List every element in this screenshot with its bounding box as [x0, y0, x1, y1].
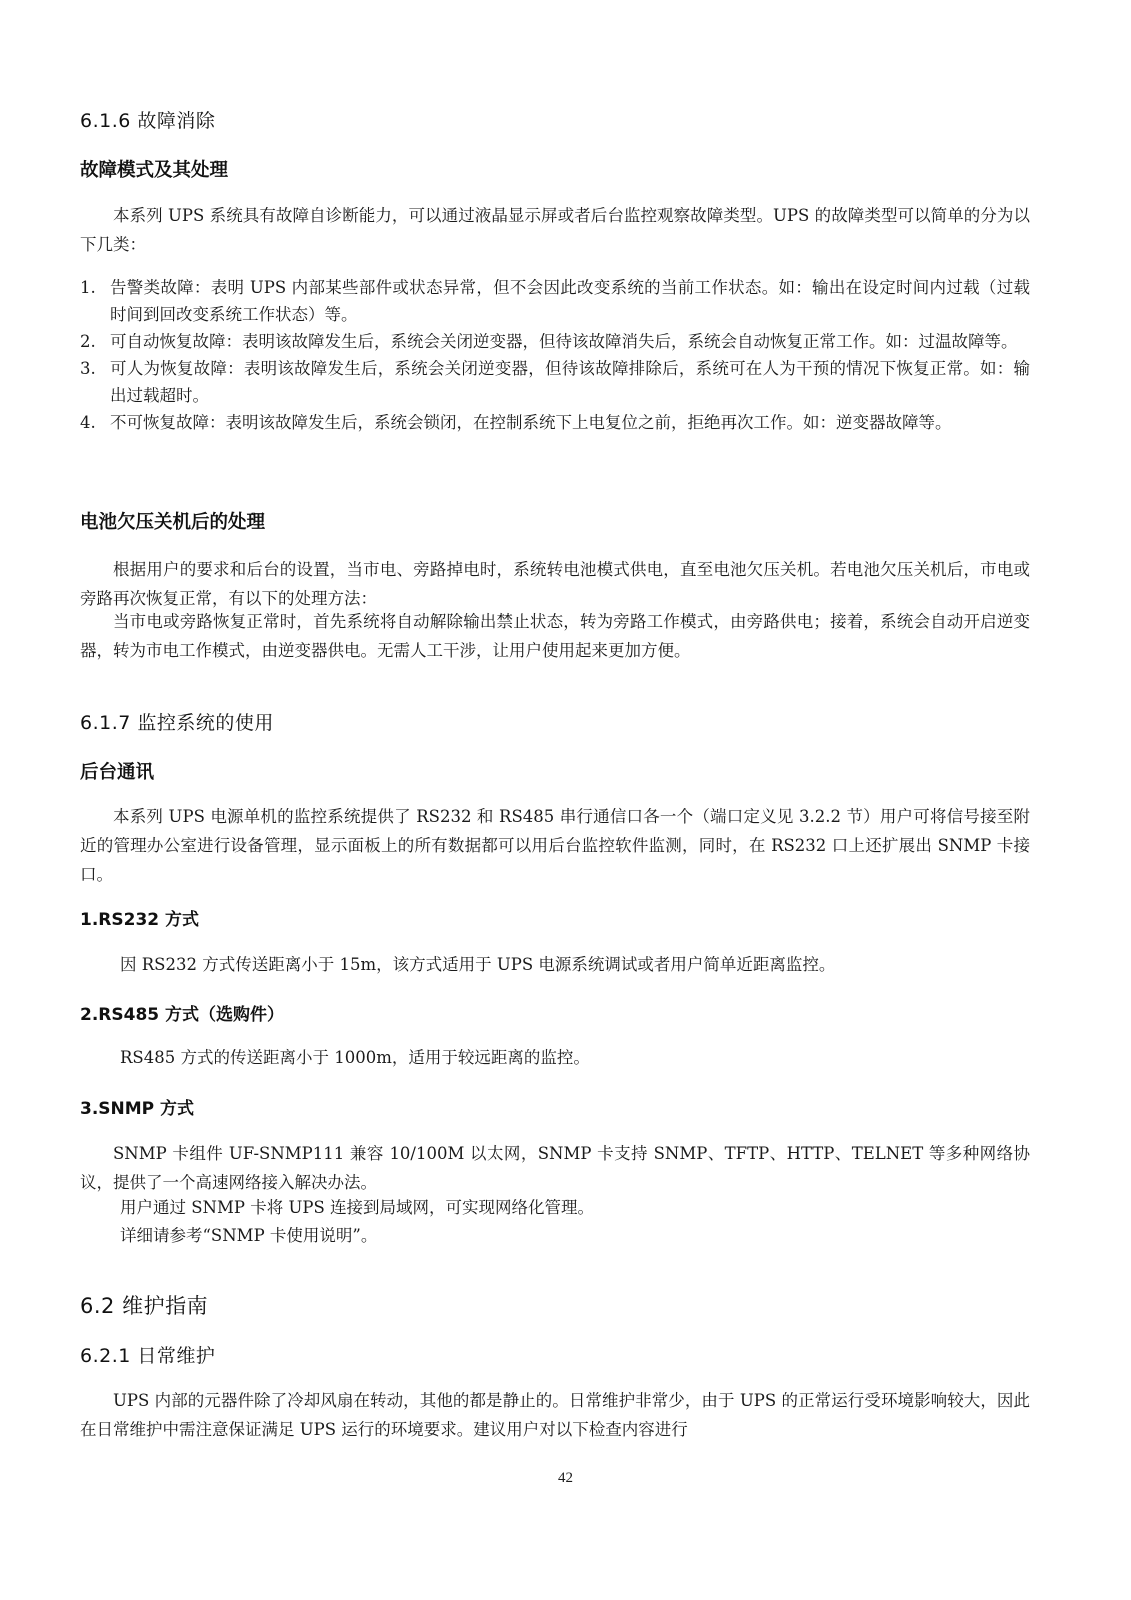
list-item-text: 告警类故障：表明 UPS 内部某些部件或状态异常，但不会因此改变系统的当前工作状…: [110, 278, 1030, 324]
section-heading-6-1-6: 6.1.6 故障消除: [80, 106, 1030, 133]
list-item: 4. 不可恢复故障：表明该故障发生后，系统会锁闭，在控制系统下上电复位之前，拒绝…: [80, 409, 1030, 436]
paragraph-snmp-2: 用户通过 SNMP 卡将 UPS 连接到局域网，可实现网络化管理。: [80, 1193, 1070, 1222]
heading-rs485: 2.RS485 方式（选购件）: [80, 1000, 1030, 1025]
heading-snmp: 3.SNMP 方式: [80, 1094, 1030, 1119]
heading-rs232: 1.RS232 方式: [80, 905, 1030, 930]
list-item: 2. 可自动恢复故障：表明该故障发生后，系统会关闭逆变器，但待该故障消失后，系统…: [80, 328, 1030, 355]
list-item: 1. 告警类故障：表明 UPS 内部某些部件或状态异常，但不会因此改变系统的当前…: [80, 274, 1030, 328]
paragraph-fault-intro: 本系列 UPS 系统具有故障自诊断能力，可以通过液晶显示屏或者后台监控观察故障类…: [80, 201, 1030, 259]
paragraph-battery-2: 当市电或旁路恢复正常时，首先系统将自动解除输出禁止状态，转为旁路工作模式，由旁路…: [80, 607, 1030, 665]
section-heading-6-2-1: 6.2.1 日常维护: [80, 1341, 1030, 1368]
paragraph-rs232: 因 RS232 方式传送距离小于 15m，该方式适用于 UPS 电源系统调试或者…: [80, 950, 1070, 979]
fault-type-list: 1. 告警类故障：表明 UPS 内部某些部件或状态异常，但不会因此改变系统的当前…: [80, 274, 1030, 436]
section-heading-6-2: 6.2 维护指南: [80, 1290, 1030, 1320]
list-item-text: 可自动恢复故障：表明该故障发生后，系统会关闭逆变器，但待该故障消失后，系统会自动…: [110, 332, 1018, 351]
paragraph-daily-maintenance: UPS 内部的元器件除了冷却风扇在转动，其他的都是静止的。日常维护非常少，由于 …: [80, 1386, 1030, 1444]
paragraph-background-comm: 本系列 UPS 电源单机的监控系统提供了 RS232 和 RS485 串行通信口…: [80, 802, 1030, 889]
subheading-battery-undervoltage: 电池欠压关机后的处理: [80, 508, 1030, 534]
paragraph-snmp-3: 详细请参考“SNMP 卡使用说明”。: [80, 1221, 1070, 1250]
subheading-fault-modes: 故障模式及其处理: [80, 156, 1030, 182]
section-heading-6-1-7: 6.1.7 监控系统的使用: [80, 708, 1030, 735]
list-item-text: 可人为恢复故障：表明该故障发生后，系统会关闭逆变器，但待该故障排除后，系统可在人…: [110, 359, 1030, 405]
paragraph-snmp-1: SNMP 卡组件 UF-SNMP111 兼容 10/100M 以太网，SNMP …: [80, 1139, 1030, 1197]
paragraph-rs485: RS485 方式的传送距离小于 1000m，适用于较远距离的监控。: [80, 1043, 1070, 1072]
page-number: 42: [0, 1470, 1131, 1487]
list-item-text: 不可恢复故障：表明该故障发生后，系统会锁闭，在控制系统下上电复位之前，拒绝再次工…: [110, 413, 952, 432]
list-item: 3. 可人为恢复故障：表明该故障发生后，系统会关闭逆变器，但待该故障排除后，系统…: [80, 355, 1030, 409]
paragraph-battery-1: 根据用户的要求和后台的设置，当市电、旁路掉电时，系统转电池模式供电，直至电池欠压…: [80, 555, 1030, 613]
subheading-background-comm: 后台通讯: [80, 758, 1030, 784]
